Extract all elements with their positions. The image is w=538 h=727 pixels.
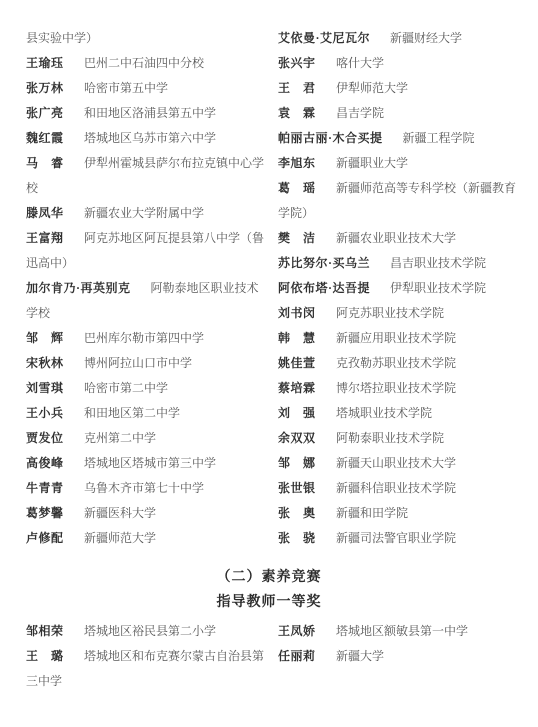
awardee-name: 王凤娇 [278,619,316,644]
awardee-entry: 邹 娜新疆天山职业技术大学 [278,451,520,476]
awardee-entry: 张 骁新疆司法警官职业学院 [278,526,520,551]
awardee-name: 滕凤华 [26,201,64,226]
awardee-name: 任丽莉 [278,644,316,669]
award-heading: 指导教师一等奖 [26,590,512,615]
awardee-entry: 余双双阿勒泰职业技术学院 [278,426,520,451]
awardee-entry: 苏比努尔·买乌兰昌吉职业技术学院 [278,251,520,276]
awardee-entry: 邹 辉巴州库尔勒市第四中学 [26,326,268,351]
awardee-institution: 哈密市第二中学 [84,381,168,395]
awardee-entry: 刘 强塔城职业技术学院 [278,401,520,426]
awardee-institution: 乌鲁木齐市第七十中学 [84,481,204,495]
awardee-entry: 蔡培霖博尔塔拉职业技术学院 [278,376,520,401]
awardee-name: 刘雪琪 [26,376,64,401]
awardee-entry: 张广亮和田地区洛浦县第五中学 [26,101,268,126]
awardee-entry: 葛 瑶新疆师范高等专科学校（新疆教育学院） [278,176,520,226]
awardee-name: 张万林 [26,76,64,101]
awardee-institution: 昌吉学院 [336,106,384,120]
awardee-entry: 宋秋林博州阿拉山口市中学 [26,351,268,376]
awardee-name: 葛梦馨 [26,501,64,526]
awardee-entry: 刘雪琪哈密市第二中学 [26,376,268,401]
awardee-institution: 新疆司法警官职业学院 [336,531,456,545]
top-left-column: 县实验中学） 王瑜珏巴州二中石油四中分校 张万林哈密市第五中学 张广亮和田地区洛… [26,26,268,551]
awardee-institution: 塔城地区乌苏市第六中学 [84,131,216,145]
section-heading: （二）素养竞赛 [26,565,512,590]
bottom-left-column: 邹相荣塔城地区裕民县第二小学 王 璐塔城地区和布克赛尔蒙古自治县第三中学 [26,619,268,694]
awardee-name: 艾依曼·艾尼瓦尔 [278,26,370,51]
awardee-entry: 王瑜珏巴州二中石油四中分校 [26,51,268,76]
awardee-name: 邹相荣 [26,619,64,644]
awardee-name: 韩 慧 [278,326,316,351]
awardee-institution: 和田地区洛浦县第五中学 [84,106,216,120]
awardee-entry: 马 睿伊犁州霍城县萨尔布拉克镇中心学校 [26,151,268,201]
awardee-institution: 阿勒泰职业技术学院 [336,431,444,445]
awardee-institution: 新疆应用职业技术学院 [336,331,456,345]
awardee-name: 高俊峰 [26,451,64,476]
awardee-name: 袁 霖 [278,101,316,126]
awardee-institution: 新疆科信职业技术学院 [336,481,456,495]
awardee-institution: 塔城职业技术学院 [336,406,432,420]
bottom-two-column-list: 邹相荣塔城地区裕民县第二小学 王 璐塔城地区和布克赛尔蒙古自治县第三中学 王凤娇… [26,619,538,694]
awardee-institution: 新疆财经大学 [390,31,462,45]
awardee-institution: 博州阿拉山口市中学 [84,356,192,370]
awardee-entry: 艾依曼·艾尼瓦尔新疆财经大学 [278,26,520,51]
awardee-name: 张广亮 [26,101,64,126]
awardee-entry: 魏红霞塔城地区乌苏市第六中学 [26,126,268,151]
awardee-name: 李旭东 [278,151,316,176]
awardee-name: 刘 强 [278,401,316,426]
awardee-name: 张 骁 [278,526,316,551]
awardee-name: 王 璐 [26,644,64,669]
awardee-entry: 滕凤华新疆农业大学附属中学 [26,201,268,226]
awardee-entry: 牛青青乌鲁木齐市第七十中学 [26,476,268,501]
awardee-entry: 姚佳萱克孜勒苏职业技术学院 [278,351,520,376]
awardee-institution: 伊犁师范大学 [336,81,408,95]
awardee-name: 贾发位 [26,426,64,451]
awardee-institution: 塔城地区额敏县第一中学 [336,624,468,638]
awardee-entry: 王凤娇塔城地区额敏县第一中学 [278,619,520,644]
awardee-institution: 新疆职业大学 [336,156,408,170]
awardee-entry: 帕丽古丽·木合买提新疆工程学院 [278,126,520,151]
awardee-name: 邹 辉 [26,326,64,351]
awardee-entry: 任丽莉新疆大学 [278,644,520,669]
awardee-name: 刘书闵 [278,301,316,326]
awardee-name: 葛 瑶 [278,176,316,201]
awardee-name: 阿依布塔·达吾提 [278,276,370,301]
awardee-institution: 新疆师范大学 [84,531,156,545]
awardee-entry: 樊 洁新疆农业职业技术大学 [278,226,520,251]
awardee-institution: 巴州库尔勒市第四中学 [84,331,204,345]
awardee-name: 王瑜珏 [26,51,64,76]
awardee-entry: 贾发位克州第二中学 [26,426,268,451]
awardee-entry: 加尔肯乃·再英别克阿勒泰地区职业技术学校 [26,276,268,326]
awardee-institution: 新疆天山职业技术大学 [336,456,456,470]
awardee-entry: 葛梦馨新疆医科大学 [26,501,268,526]
awardee-name: 卢修配 [26,526,64,551]
awardee-entry: 李旭东新疆职业大学 [278,151,520,176]
awardee-name: 樊 洁 [278,226,316,251]
awardee-entry: 高俊峰塔城地区塔城市第三中学 [26,451,268,476]
awardee-name: 苏比努尔·买乌兰 [278,251,370,276]
document-page: 县实验中学） 王瑜珏巴州二中石油四中分校 张万林哈密市第五中学 张广亮和田地区洛… [0,0,538,727]
awardee-name: 王富翔 [26,226,64,251]
awardee-institution: 新疆工程学院 [403,131,475,145]
top-left-entry-list: 王瑜珏巴州二中石油四中分校 张万林哈密市第五中学 张广亮和田地区洛浦县第五中学 … [26,51,268,551]
awardee-name: 张 奥 [278,501,316,526]
awardee-name: 王小兵 [26,401,64,426]
awardee-name: 宋秋林 [26,351,64,376]
awardee-institution: 哈密市第五中学 [84,81,168,95]
awardee-institution: 新疆农业职业技术大学 [336,231,456,245]
awardee-institution: 和田地区第二中学 [84,406,180,420]
awardee-institution: 博尔塔拉职业技术学院 [336,381,456,395]
awardee-name: 王 君 [278,76,316,101]
awardee-institution: 克孜勒苏职业技术学院 [336,356,456,370]
awardee-entry: 韩 慧新疆应用职业技术学院 [278,326,520,351]
continuation-line: 县实验中学） [26,26,268,51]
top-two-column-list: 县实验中学） 王瑜珏巴州二中石油四中分校 张万林哈密市第五中学 张广亮和田地区洛… [26,26,538,551]
awardee-entry: 刘书闵阿克苏职业技术学院 [278,301,520,326]
awardee-name: 张兴宇 [278,51,316,76]
awardee-institution: 昌吉职业技术学院 [390,256,486,270]
awardee-institution: 克州第二中学 [84,431,156,445]
awardee-entry: 张世银新疆科信职业技术学院 [278,476,520,501]
awardee-entry: 阿依布塔·达吾提伊犁职业技术学院 [278,276,520,301]
awardee-name: 蔡培霖 [278,376,316,401]
top-right-column: 艾依曼·艾尼瓦尔新疆财经大学 张兴宇喀什大学 王 君伊犁师范大学 袁 霖昌吉学院… [278,26,520,551]
awardee-entry: 王 君伊犁师范大学 [278,76,520,101]
bottom-right-entry-list: 王凤娇塔城地区额敏县第一中学 任丽莉新疆大学 [278,619,520,669]
awardee-entry: 张 奥新疆和田学院 [278,501,520,526]
awardee-name: 牛青青 [26,476,64,501]
awardee-name: 张世银 [278,476,316,501]
awardee-institution: 新疆农业大学附属中学 [84,206,204,220]
awardee-institution: 阿克苏职业技术学院 [336,306,444,320]
awardee-institution: 伊犁职业技术学院 [390,281,486,295]
awardee-institution: 塔城地区裕民县第二小学 [84,624,216,638]
awardee-name: 加尔肯乃·再英别克 [26,276,131,301]
bottom-left-entry-list: 邹相荣塔城地区裕民县第二小学 王 璐塔城地区和布克赛尔蒙古自治县第三中学 [26,619,268,694]
awardee-institution: 新疆医科大学 [84,506,156,520]
awardee-institution: 喀什大学 [336,56,384,70]
bottom-right-column: 王凤娇塔城地区额敏县第一中学 任丽莉新疆大学 [278,619,520,694]
awardee-name: 姚佳萱 [278,351,316,376]
top-right-entry-list: 艾依曼·艾尼瓦尔新疆财经大学 张兴宇喀什大学 王 君伊犁师范大学 袁 霖昌吉学院… [278,26,520,551]
awardee-entry: 张万林哈密市第五中学 [26,76,268,101]
section-headings: （二）素养竞赛 指导教师一等奖 [26,565,512,615]
awardee-name: 魏红霞 [26,126,64,151]
awardee-entry: 邹相荣塔城地区裕民县第二小学 [26,619,268,644]
awardee-entry: 王小兵和田地区第二中学 [26,401,268,426]
awardee-institution: 巴州二中石油四中分校 [84,56,204,70]
awardee-entry: 卢修配新疆师范大学 [26,526,268,551]
awardee-institution: 新疆大学 [336,649,384,663]
awardee-entry: 袁 霖昌吉学院 [278,101,520,126]
awardee-entry: 张兴宇喀什大学 [278,51,520,76]
awardee-entry: 王 璐塔城地区和布克赛尔蒙古自治县第三中学 [26,644,268,694]
awardee-name: 帕丽古丽·木合买提 [278,126,383,151]
awardee-entry: 王富翔阿克苏地区阿瓦提县第八中学（鲁迅高中） [26,226,268,276]
awardee-name: 邹 娜 [278,451,316,476]
awardee-name: 马 睿 [26,151,64,176]
awardee-institution: 新疆和田学院 [336,506,408,520]
awardee-name: 余双双 [278,426,316,451]
awardee-institution: 塔城地区塔城市第三中学 [84,456,216,470]
